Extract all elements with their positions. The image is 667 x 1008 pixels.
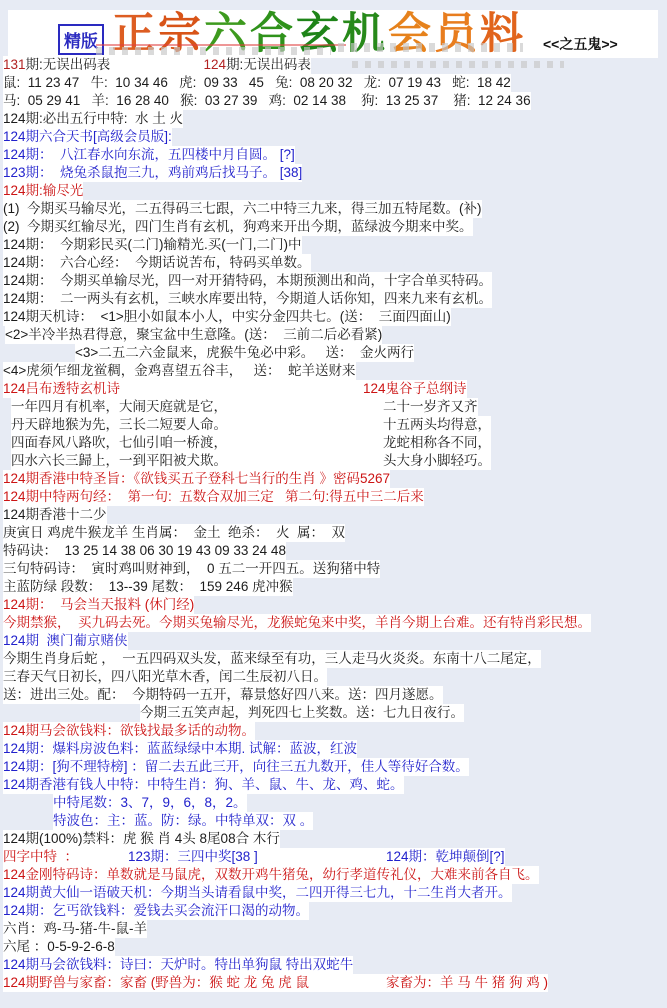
text-segment: 庚寅日 鸡虎牛猴龙羊 生肖属： 金土 绝杀： 火 属： 双: [3, 524, 345, 542]
text-segment: 四水六长三歸上，一到平阳被犬欺。: [11, 452, 383, 470]
text-line: 124期:输尽光: [3, 182, 664, 200]
text-segment: 124期黄大仙一语破天机：今期当头请看鼠中奖，二四开得三七九，十二生肖大者开。: [3, 884, 512, 902]
text-segment: 124期： 今期买单输尽光，四一对开猜特码，本期预测出和尚，十字合单买特码。: [3, 272, 492, 290]
text-segment: 124吕布透特玄机诗: [3, 380, 363, 398]
redacted-smudge: [338, 43, 523, 52]
text-segment: 三句特码诗： 寅时鸡叫财神到， 0 五二一开四五。送狗猪中特: [3, 560, 380, 578]
text-segment: 四面春风八路吹，七仙引咱一桥渡，: [11, 434, 383, 452]
text-line: 124期香港有钱人中特：中特生肖：狗、羊、鼠、牛、龙、鸡、蛇。: [3, 776, 664, 794]
text-segment: 124鬼谷子总纲诗: [363, 380, 467, 398]
text-segment: 124期： 马会当天报料 (休门经): [3, 596, 194, 614]
text-segment: 124期：乾坤颠倒[?]: [386, 848, 505, 866]
text-segment: 123期：三四中奖[38 ]: [128, 848, 386, 866]
text-segment: 124期野兽与家畜：家畜 (野兽为：猴 蛇 龙 兔 虎 鼠: [3, 974, 386, 992]
text-line: 四水六长三歸上，一到平阳被犬欺。头大身小脚轻巧。: [3, 452, 664, 470]
text-line: 124期:必出五行中特: 水 土 火: [3, 110, 664, 128]
text-line: 六肖：鸡-马-猪-牛-鼠-羊: [3, 920, 664, 938]
text-line: 庚寅日 鸡虎牛猴龙羊 生肖属： 金土 绝杀： 火 属： 双: [3, 524, 664, 542]
text-segment: 一年四月有机率，大闹天庭就是它，: [11, 398, 383, 416]
redacted-smudge: [96, 47, 331, 55]
text-line: 中特尾数：3、7，9，6，8，2。: [3, 794, 664, 812]
text-segment: 特波色：主：蓝。防：绿。中特单双：双 。: [53, 812, 313, 830]
text-line: 124期： 八江春水向东流，五四楼中月自圆。 [?]: [3, 146, 664, 164]
text-line: 特码诀： 13 25 14 38 06 30 19 43 09 33 24 48: [3, 542, 664, 560]
text-segment: 124期马会欲钱料：诗曰：天炉时。特出单狗鼠 特出双蛇牛: [3, 956, 353, 974]
text-line: 鼠: 11 23 47 牛: 10 34 46 虎: 09 33 45 兔: 0…: [3, 74, 664, 92]
text-segment: 六肖：鸡-马-猪-牛-鼠-羊: [3, 920, 147, 938]
text-segment: (2) 今期买红输尽光，四门生肖有玄机，狗鸡来开出今期，蓝绿波今期来中奖。: [3, 218, 473, 236]
text-segment: 124期中特两句经： 第一句: 五数合双加三定 第二句:得五中三二后来: [3, 488, 424, 506]
text-segment: 124期:必出五行中特: 水 土 火: [3, 110, 183, 128]
text-segment: <2>半冷半热君得意，聚宝盆中生意隆。(送： 三前二后必看紧): [5, 326, 382, 344]
text-segment: 124期(100%)禁料：虎 猴 肖 4头 8尾08合 木行: [3, 830, 280, 848]
redacted-smudge: [352, 61, 564, 68]
text-line: 三句特码诗： 寅时鸡叫财神到， 0 五二一开四五。送狗猪中特: [3, 560, 664, 578]
text-segment: 今期禁猴， 买九码去死。今期买兔输尽光，龙猴蛇兔来中奖，羊肖今期上台难。还有特肖…: [3, 614, 591, 632]
text-line: 124期香港中特圣旨：《欲钱买五子登科七当行的生肖 》密码5267: [3, 470, 664, 488]
text-line: (1) 今期买马输尽光，二五得码三七跟，六二中特三九来，得三加五特尾数。(补): [3, 200, 664, 218]
text-line: 四面春风八路吹，七仙引咱一桥渡，龙蛇相称各不同，: [3, 434, 664, 452]
text-segment: 124期： 六合心经： 今期话说苦布，特码买单数。: [3, 254, 311, 272]
text-segment: 124期： 今期彩民买(二门)输精光.买(一门,二门)中: [3, 236, 302, 254]
text-segment: 124期马会欲钱料：欲钱找最多话的动物。: [3, 722, 255, 740]
text-segment: 马: 05 29 41 羊: 16 28 40 猴: 03 27 39 鸡: 0…: [3, 92, 531, 110]
text-line: (2) 今期买红输尽光，四门生肖有玄机，狗鸡来开出今期，蓝绿波今期来中奖。: [3, 218, 664, 236]
text-line: 今期三五笑声起，判死四七上奖数。送：七九日夜行。: [3, 704, 664, 722]
text-line: 一年四月有机率，大闹天庭就是它，二十一岁齐又齐: [3, 398, 664, 416]
text-line: <3>二五二六金鼠来，虎猴牛兔必中彩。 送： 金火两行: [3, 344, 664, 362]
text-segment: <4>虎须乍细龙鲎稠，金鸡喜望五谷丰， 送： 蛇羊送财来: [3, 362, 356, 380]
text-line: 丹天辟地猴为先，三长二短要人命。十五两头均得意，: [3, 416, 664, 434]
text-segment: <3>二五二六金鼠来，虎猴牛兔必中彩。 送： 金火两行: [75, 344, 414, 362]
text-segment: 124期六合天书[高级会员版]:: [3, 128, 172, 146]
text-line: 马: 05 29 41 羊: 16 28 40 猴: 03 27 39 鸡: 0…: [3, 92, 664, 110]
text-segment: 今期生肖身后蛇 ， 一五四码双头发，蓝来绿至有功，三人走马火炎炎。东南十八二尾定…: [3, 650, 541, 668]
text-line: 124期： 六合心经： 今期话说苦布，特码买单数。: [3, 254, 664, 272]
text-line: 六尾 ：0-5-9-2-6-8: [3, 938, 664, 956]
text-segment: 124金刚特码诗：单数就是马鼠虎，双数开鸡牛猪兔，幼行孝道传礼仪，大难来前各自飞…: [3, 866, 539, 884]
text-line: 四字中特 ：123期：三四中奖[38 ]124期：乾坤颠倒[?]: [3, 848, 664, 866]
text-line: 124期天机诗： <1>胆小如鼠本小人，中实分金四共七。(送： 三面四面山): [3, 308, 664, 326]
text-segment: 六尾 ：0-5-9-2-6-8: [3, 938, 115, 956]
text-segment: 四字中特 ：: [3, 848, 128, 866]
text-line: 送：进出三处。配： 今期特码一五开，幕景悠好四八来。送：四月遂愿。: [3, 686, 664, 704]
text-segment: 二十一岁齐又齐: [383, 398, 478, 416]
text-segment: 124: [204, 56, 227, 75]
text-line: 124期野兽与家畜：家畜 (野兽为：猴 蛇 龙 兔 虎 鼠家畜为：羊 马 牛 猪…: [3, 974, 664, 992]
text-segment: 124期香港有钱人中特：中特生肖：狗、羊、鼠、牛、龙、鸡、蛇。: [3, 776, 404, 794]
text-line: 124金刚特码诗：单数就是马鼠虎，双数开鸡牛猪兔，幼行孝道传礼仪，大难来前各自飞…: [3, 866, 664, 884]
text-line: 124期 澳门葡京赌侠: [3, 632, 664, 650]
text-segment: 送：进出三处。配： 今期特码一五开，幕景悠好四八来。送：四月遂愿。: [3, 686, 443, 704]
text-segment: 期:无误出码表: [26, 56, 204, 75]
text-segment: 主蓝防绿 段数： 13--39 尾数： 159 246 虎冲猴: [3, 578, 293, 596]
text-line: 131期:无误出码表124期:无误出码表: [3, 56, 664, 74]
text-segment: 124期 澳门葡京赌侠: [3, 632, 128, 650]
text-segment: 丹天辟地猴为先，三长二短要人命。: [11, 416, 383, 434]
text-segment: 鼠: 11 23 47 牛: 10 34 46 虎: 09 33 45 兔: 0…: [3, 74, 511, 92]
text-segment: 123期： 烧兔杀鼠抱三九，鸡前鸡后找马子。 [38]: [3, 164, 302, 182]
text-line: 124吕布透特玄机诗124鬼谷子总纲诗: [3, 380, 664, 398]
page-subtitle: <<之五鬼>>: [543, 34, 618, 54]
text-line: 124期(100%)禁料：虎 猴 肖 4头 8尾08合 木行: [3, 830, 664, 848]
text-line: 124期： 今期彩民买(二门)输精光.买(一门,二门)中: [3, 236, 664, 254]
text-line: 124期黄大仙一语破天机：今期当头请看鼠中奖，二四开得三七九，十二生肖大者开。: [3, 884, 664, 902]
text-line: 三春天气日初长，四八阳光草木香，闰二生辰初八日。: [3, 668, 664, 686]
text-line: 124期：爆料房波色料：蓝蓝绿绿中本期. 试解：蓝波，红波: [3, 740, 664, 758]
text-segment: 三春天气日初长，四八阳光草木香，闰二生辰初八日。: [3, 668, 327, 686]
text-segment: 124期香港中特圣旨：《欲钱买五子登科七当行的生肖 》密码5267: [3, 470, 390, 488]
text-segment: 124期：爆料房波色料：蓝蓝绿绿中本期. 试解：蓝波，红波: [3, 740, 357, 758]
text-line: 主蓝防绿 段数： 13--39 尾数： 159 246 虎冲猴: [3, 578, 664, 596]
text-line: 124期： 马会当天报料 (休门经): [3, 596, 664, 614]
text-line: 今期禁猴， 买九码去死。今期买兔输尽光，龙猴蛇兔来中奖，羊肖今期上台难。还有特肖…: [3, 614, 664, 632]
text-segment: 124期：乞丐欲钱料：爱钱去买会流汗口渴的动物。: [3, 902, 309, 920]
text-line: 123期： 烧兔杀鼠抱三九，鸡前鸡后找马子。 [38]: [3, 164, 664, 182]
text-line: 124期马会欲钱料：诗曰：天炉时。特出单狗鼠 特出双蛇牛: [3, 956, 664, 974]
text-line: 今期生肖身后蛇 ， 一五四码双头发，蓝来绿至有功，三人走马火炎炎。东南十八二尾定…: [3, 650, 664, 668]
text-segment: (1) 今期买马输尽光，二五得码三七跟，六二中特三九来，得三加五特尾数。(补): [3, 200, 482, 218]
text-segment: 期:无误出码表: [226, 56, 311, 75]
text-segment: 家畜为：羊 马 牛 猪 狗 鸡 ): [386, 974, 548, 992]
redacted-underline: [96, 44, 346, 46]
text-line: 124期： 二一两头有玄机，三峡水库要出特，今期道人话你知，四来九来有玄机。: [3, 290, 664, 308]
text-segment: 特码诀： 13 25 14 38 06 30 19 43 09 33 24 48: [3, 542, 286, 560]
text-line: 124期： 今期买单输尽光，四一对开猜特码，本期预测出和尚，十字合单买特码。: [3, 272, 664, 290]
text-line: 特波色：主：蓝。防：绿。中特单双：双 。: [3, 812, 664, 830]
text-segment: 124期香港十二少: [3, 506, 107, 524]
text-line: 124期：乞丐欲钱料：爱钱去买会流汗口渴的动物。: [3, 902, 664, 920]
text-line: 124期：[狗不理特榜] ：留二去五此三开，向往三五九数开，佳人等待好合数。: [3, 758, 664, 776]
text-segment: 124期：[狗不理特榜] ：留二去五此三开，向往三五九数开，佳人等待好合数。: [3, 758, 469, 776]
text-segment: 中特尾数：3、7，9，6，8，2。: [53, 794, 247, 812]
text-segment: 今期三五笑声起，判死四七上奖数。送：七九日夜行。: [140, 704, 464, 722]
text-segment: 124期天机诗： <1>胆小如鼠本小人，中实分金四共七。(送： 三面四面山): [3, 308, 451, 326]
text-segment: 124期:输尽光: [3, 182, 83, 200]
text-segment: 头大身小脚轻巧。: [383, 452, 491, 470]
text-segment: 131: [3, 56, 26, 75]
text-line: 124期六合天书[高级会员版]:: [3, 128, 664, 146]
text-segment: 十五两头均得意，: [383, 416, 491, 434]
text-segment: 124期： 二一两头有玄机，三峡水库要出特，今期道人话你知，四来九来有玄机。: [3, 290, 492, 308]
text-line: <4>虎须乍细龙鲎稠，金鸡喜望五谷丰， 送： 蛇羊送财来: [3, 362, 664, 380]
content-lines: 131期:无误出码表124期:无误出码表鼠: 11 23 47 牛: 10 34…: [3, 56, 664, 992]
text-segment: 124期： 八江春水向东流，五四楼中月自圆。 [?]: [3, 146, 295, 164]
text-line: 124期马会欲钱料：欲钱找最多话的动物。: [3, 722, 664, 740]
text-line: 124期香港十二少: [3, 506, 664, 524]
text-line: <2>半冷半热君得意，聚宝盆中生意隆。(送： 三前二后必看紧): [3, 326, 664, 344]
text-segment: 龙蛇相称各不同，: [383, 434, 491, 452]
text-line: 124期中特两句经： 第一句: 五数合双加三定 第二句:得五中三二后来: [3, 488, 664, 506]
